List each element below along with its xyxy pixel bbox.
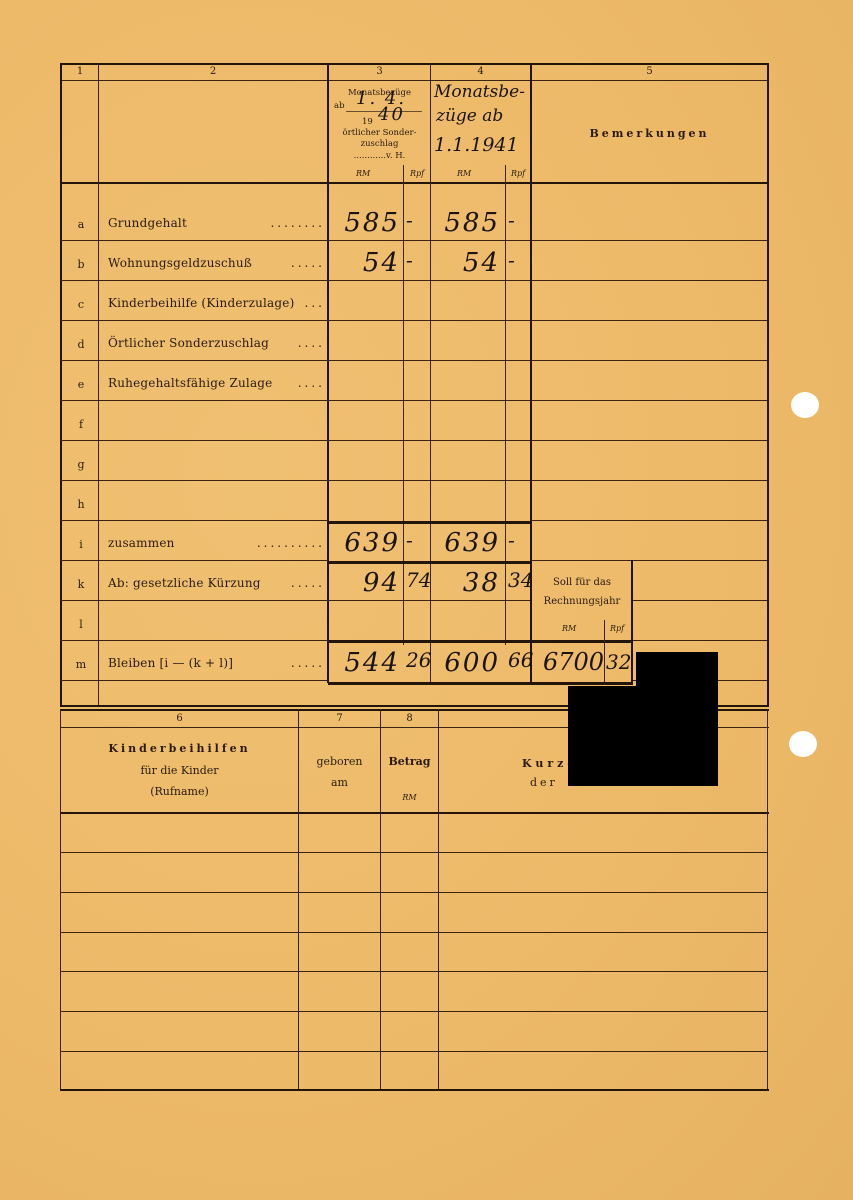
col8-header: Betrag xyxy=(381,755,438,768)
col3-rpf-value: - xyxy=(406,248,413,272)
row-key: k xyxy=(62,578,100,591)
col4-rpf-value: 66 xyxy=(508,648,533,672)
row-label: Örtlicher Sonderzuschlag xyxy=(108,336,269,350)
row-label: Bleiben [i — (k + l)] xyxy=(108,656,233,670)
col3-rm-value: 639 xyxy=(344,528,400,558)
row-label: Wohnungsgeldzuschuß xyxy=(108,256,252,270)
col3-unit-rpf: Rpf xyxy=(410,169,424,178)
row-label: Ab: gesetzliche Kürzung xyxy=(108,576,261,590)
col3-year: 40 xyxy=(378,104,405,125)
col7-header-line2: am xyxy=(299,776,380,789)
col7-header-line1: geboren xyxy=(299,755,380,768)
col6-header-line1: Kinderbeihilfen xyxy=(61,742,298,755)
col3-rm-value: 54 xyxy=(363,248,400,278)
punch-hole-bottom xyxy=(789,731,817,757)
col4-rpf-value: - xyxy=(508,248,515,272)
row-key: f xyxy=(62,418,100,431)
col3-line5: ............v. H. xyxy=(329,151,430,162)
col3-rm-value: 94 xyxy=(363,568,400,598)
col3-rm-value: 544 xyxy=(344,648,400,678)
col4-rpf-value: - xyxy=(508,528,515,552)
row-leader-dots: ..... xyxy=(291,576,325,590)
row-key: b xyxy=(62,258,100,271)
col-number-7: 7 xyxy=(299,713,380,724)
col4-rm-value: 600 xyxy=(444,648,500,678)
col8-unit-rm: RM xyxy=(381,793,438,802)
col-number-1: 1 xyxy=(62,66,98,77)
row-key: g xyxy=(62,458,100,471)
row-label: Kinderbeihilfe (Kinderzulage) xyxy=(108,296,294,310)
row-leader-dots: .......... xyxy=(257,536,325,550)
col3-rpf-value: - xyxy=(406,528,413,552)
soll-line1: Soll für das xyxy=(533,577,631,588)
row-label: Grundgehalt xyxy=(108,216,187,230)
col4-rm-value: 585 xyxy=(444,208,500,238)
col-number-3: 3 xyxy=(329,66,430,77)
row-leader-dots: ..... xyxy=(291,656,325,670)
col3-year-prefix: 19 xyxy=(362,117,373,128)
row-leader-dots: .... xyxy=(298,336,325,350)
col3-rm-value: 585 xyxy=(344,208,400,238)
col3-line4: zuschlag xyxy=(329,139,430,150)
col3-rpf-value: 26 xyxy=(406,648,431,672)
col3-line3: örtlicher Sonder- xyxy=(329,128,430,139)
col4-rm-value: 639 xyxy=(444,528,500,558)
col9-header-line2: der xyxy=(530,776,558,789)
row-key: a xyxy=(62,218,100,231)
col-number-6: 6 xyxy=(61,713,298,724)
col-number-2: 2 xyxy=(99,66,327,77)
soll-line2: Rechnungsjahr xyxy=(533,596,631,607)
row-leader-dots: ........ xyxy=(270,216,325,230)
row-leader-dots: ... xyxy=(305,296,325,310)
row-label: Ruhegehaltsfähige Zulage xyxy=(108,376,272,390)
row-key: e xyxy=(62,378,100,391)
col-number-4: 4 xyxy=(431,66,530,77)
col4-rpf-value: - xyxy=(508,208,515,232)
col-number-5: 5 xyxy=(532,66,767,77)
col4-hw-line2: züge ab xyxy=(436,106,503,126)
col4-rpf-value: 34 xyxy=(508,568,533,592)
punch-hole-top xyxy=(791,392,819,418)
soll-value-rm: 6700 xyxy=(543,648,604,676)
row-key: h xyxy=(62,498,100,511)
soll-unit-rm: RM xyxy=(562,624,576,633)
col4-hw-line3: 1.1.1941 xyxy=(434,134,519,156)
row-key: d xyxy=(62,338,100,351)
col4-unit-rm: RM xyxy=(457,169,471,178)
col4-unit-rpf: Rpf xyxy=(511,169,525,178)
col4-rm-value: 54 xyxy=(463,248,500,278)
row-key: c xyxy=(62,298,100,311)
redaction-block xyxy=(636,652,718,686)
soll-value-rpf: 32 xyxy=(606,650,631,674)
col5-header-bemerkungen: Bemerkungen xyxy=(532,127,767,140)
col3-ab-prefix: ab xyxy=(334,101,345,112)
col3-rpf-value: - xyxy=(406,208,413,232)
col-number-8: 8 xyxy=(381,713,438,724)
row-leader-dots: ..... xyxy=(291,256,325,270)
soll-unit-rpf: Rpf xyxy=(610,624,624,633)
redaction-block-lower xyxy=(568,686,718,786)
row-leader-dots: .... xyxy=(298,376,325,390)
col3-unit-rm: RM xyxy=(356,169,370,178)
col3-rpf-value: 74 xyxy=(406,568,431,592)
row-key: l xyxy=(62,618,100,631)
row-key: m xyxy=(62,658,100,671)
col6-header-line2: für die Kinder xyxy=(61,764,298,777)
row-key: i xyxy=(62,538,100,551)
col4-hw-line1: Monatsbe- xyxy=(434,82,525,102)
col4-rm-value: 38 xyxy=(463,568,500,598)
col6-header-line3: (Rufname) xyxy=(61,785,298,798)
row-label: zusammen xyxy=(108,536,175,550)
